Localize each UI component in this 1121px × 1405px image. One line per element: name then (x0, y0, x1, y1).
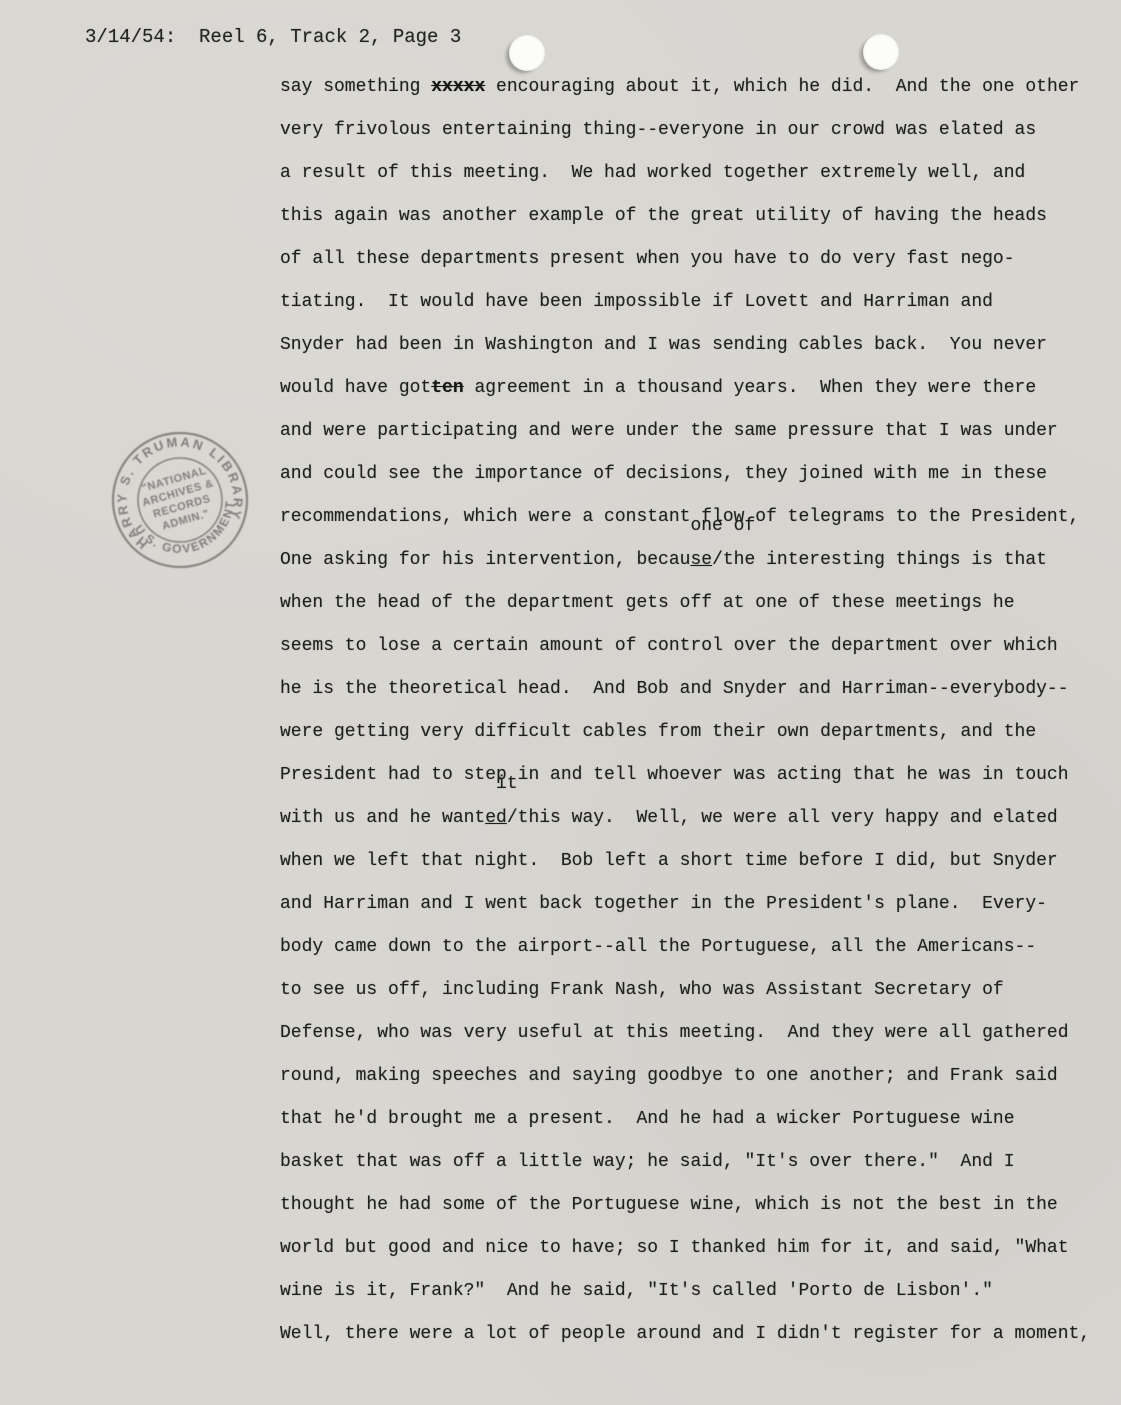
text-segment: Snyder had been in Washington and I was … (280, 335, 1047, 355)
transcript-lines: say something xxxxx encouraging about it… (280, 66, 1090, 1356)
text-segment: and Harriman and I went back together in… (280, 894, 1047, 914)
transcript-line: basket that was off a little way; he sai… (280, 1141, 1090, 1184)
interlinear-insertion: one of (690, 517, 755, 535)
transcript-line: a result of this meeting. We had worked … (280, 152, 1090, 195)
transcript-line: President had to step in and tell whoeve… (280, 754, 1090, 797)
text-segment: world but good and nice to have; so I th… (280, 1238, 1069, 1258)
interlinear-insertion: it (496, 775, 518, 793)
text-segment: se (690, 550, 712, 570)
struck-text: xxxxx (431, 77, 485, 97)
transcript-line: and could see the importance of decision… (280, 453, 1090, 496)
transcript-line: that he'd brought me a present. And he h… (280, 1098, 1090, 1141)
text-segment: would have got (280, 378, 431, 398)
text-segment: and could see the importance of decision… (280, 464, 1047, 484)
text-segment: were getting very difficult cables from … (280, 722, 1036, 742)
text-segment: /this way. Well, we were all very happy … (507, 808, 1058, 828)
transcript-line: and were participating and were under th… (280, 410, 1090, 453)
transcript-line: wine is it, Frank?" And he said, "It's c… (280, 1270, 1090, 1313)
text-segment: Defense, who was very useful at this mee… (280, 1023, 1069, 1043)
text-segment: when the head of the department gets off… (280, 593, 1015, 613)
text-segment: he is the theoretical head. And Bob and … (280, 679, 1069, 699)
text-segment: seems to lose a certain amount of contro… (280, 636, 1058, 656)
transcript-line: one ofOne asking for his intervention, b… (280, 539, 1090, 582)
transcript-line: this again was another example of the gr… (280, 195, 1090, 238)
text-segment: agreement in a thousand years. When they… (464, 378, 1037, 398)
text-segment: basket that was off a little way; he sai… (280, 1152, 1015, 1172)
transcript-line: Snyder had been in Washington and I was … (280, 324, 1090, 367)
transcript-line: thought he had some of the Portuguese wi… (280, 1184, 1090, 1227)
text-segment: say something (280, 77, 431, 97)
text-segment: round, making speeches and saying goodby… (280, 1066, 1058, 1086)
transcript-line: Well, there were a lot of people around … (280, 1313, 1090, 1356)
transcript-line: body came down to the airport--all the P… (280, 926, 1090, 969)
transcript-line: recommendations, which were a constant f… (280, 496, 1090, 539)
struck-text: ten (431, 378, 463, 398)
transcript-line: itwith us and he wanted/this way. Well, … (280, 797, 1090, 840)
hole-punch-right (863, 34, 899, 70)
text-segment: with us and he want (280, 808, 485, 828)
text-segment: /the interesting things is that (712, 550, 1047, 570)
transcript-line: very frivolous entertaining thing--every… (280, 109, 1090, 152)
transcript-line: were getting very difficult cables from … (280, 711, 1090, 754)
transcript-line: he is the theoretical head. And Bob and … (280, 668, 1090, 711)
transcript-line: Defense, who was very useful at this mee… (280, 1012, 1090, 1055)
text-segment: ed (485, 808, 507, 828)
text-segment: to see us off, including Frank Nash, who… (280, 980, 1004, 1000)
text-segment: recommendations, which were a constant f… (280, 507, 1079, 527)
transcript-line: to see us off, including Frank Nash, who… (280, 969, 1090, 1012)
transcript-line: world but good and nice to have; so I th… (280, 1227, 1090, 1270)
text-segment: and were participating and were under th… (280, 421, 1058, 441)
transcript-line: say something xxxxx encouraging about it… (280, 66, 1090, 109)
text-segment: when we left that night. Bob left a shor… (280, 851, 1058, 871)
transcript-line: seems to lose a certain amount of contro… (280, 625, 1090, 668)
document-page: { "document": { "header": "3/14/54: Reel… (0, 0, 1121, 1405)
text-segment: tiating. It would have been impossible i… (280, 292, 993, 312)
text-segment: of all these departments present when yo… (280, 249, 1015, 269)
text-segment: President had to step in and tell whoeve… (280, 765, 1069, 785)
archives-stamp: HARRY S. TRUMAN LIBRARY U.S. GOVERNMENT … (90, 410, 270, 590)
text-segment: very frivolous entertaining thing--every… (280, 120, 1036, 140)
text-segment: this again was another example of the gr… (280, 206, 1047, 226)
text-segment: wine is it, Frank?" And he said, "It's c… (280, 1281, 993, 1301)
text-segment: One asking for his intervention, becau (280, 550, 690, 570)
text-segment: a result of this meeting. We had worked … (280, 163, 1025, 183)
text-segment: that he'd brought me a present. And he h… (280, 1109, 1015, 1129)
text-segment: Well, there were a lot of people around … (280, 1324, 1090, 1344)
transcript-line: of all these departments present when yo… (280, 238, 1090, 281)
text-segment: body came down to the airport--all the P… (280, 937, 1036, 957)
page-header: 3/14/54: Reel 6, Track 2, Page 3 (85, 26, 461, 48)
transcript-line: when we left that night. Bob left a shor… (280, 840, 1090, 883)
transcript-line: when the head of the department gets off… (280, 582, 1090, 625)
text-segment: thought he had some of the Portuguese wi… (280, 1195, 1058, 1215)
transcript-line: tiating. It would have been impossible i… (280, 281, 1090, 324)
transcript-line: round, making speeches and saying goodby… (280, 1055, 1090, 1098)
text-segment: encouraging about it, which he did. And … (485, 77, 1079, 97)
transcript-line: and Harriman and I went back together in… (280, 883, 1090, 926)
transcript-line: would have gotten agreement in a thousan… (280, 367, 1090, 410)
